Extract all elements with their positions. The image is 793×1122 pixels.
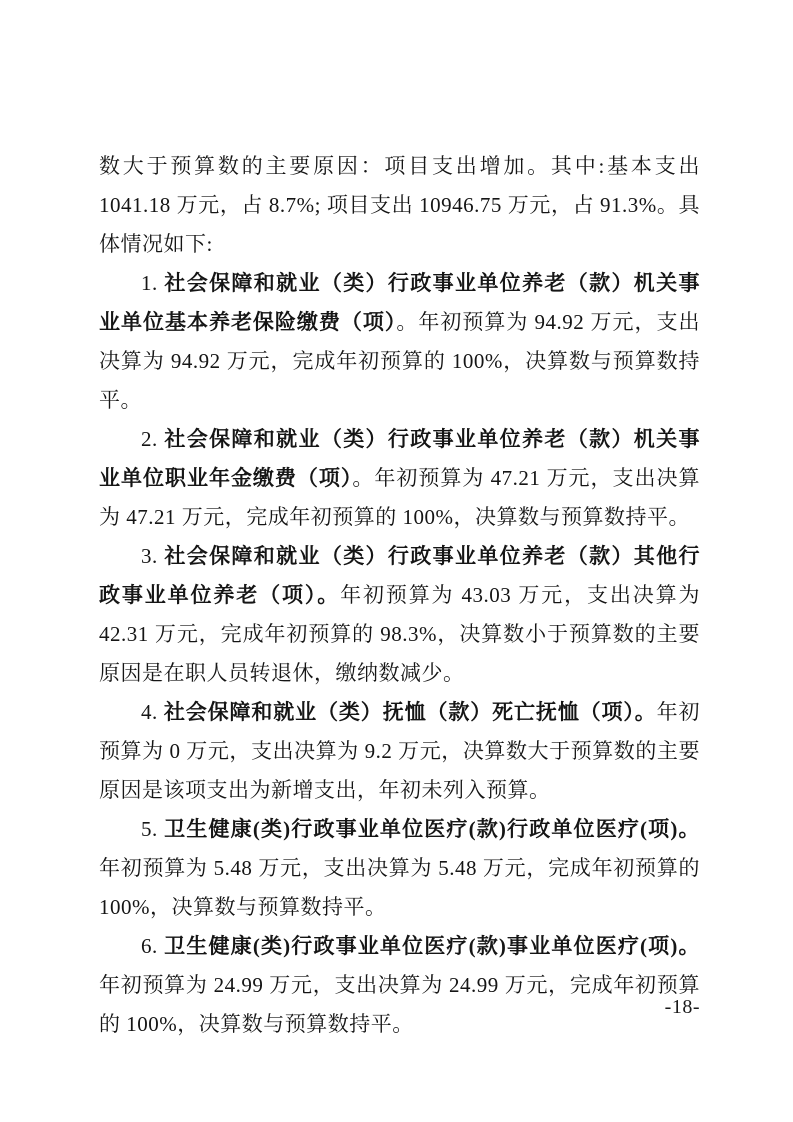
paragraph-item-3: 3. 社会保障和就业（类）行政事业单位养老（款）其他行政事业单位养老（项）。年初… [99,537,700,693]
paragraph-intro-text: 数大于预算数的主要原因：项目支出增加。其中:基本支出 1041.18 万元，占 … [99,154,700,256]
item-number: 3. [141,544,164,568]
paragraph-item-6: 6. 卫生健康(类)行政事业单位医疗(款)事业单位医疗(项)。年初预算为 24.… [99,927,700,1044]
paragraph-item-1: 1. 社会保障和就业（类）行政事业单位养老（款）机关事业单位基本养老保险缴费（项… [99,264,700,420]
item-body: 年初预算为 5.48 万元，支出决算为 5.48 万元，完成年初预算的 100%… [99,856,700,919]
item-title: 社会保障和就业（类）抚恤（款）死亡抚恤（项）。 [164,700,657,724]
item-number: 4. [141,700,164,724]
item-number: 6. [141,934,164,958]
item-number: 2. [141,427,164,451]
document-page: 数大于预算数的主要原因：项目支出增加。其中:基本支出 1041.18 万元，占 … [0,0,793,1122]
page-number: -18- [665,988,700,1027]
item-number: 1. [141,271,164,295]
item-number: 5. [141,817,164,841]
document-body: 数大于预算数的主要原因：项目支出增加。其中:基本支出 1041.18 万元，占 … [99,147,700,1044]
paragraph-item-4: 4. 社会保障和就业（类）抚恤（款）死亡抚恤（项）。年初预算为 0 万元，支出决… [99,693,700,810]
item-title: 卫生健康(类)行政事业单位医疗(款)事业单位医疗(项)。 [164,934,700,958]
paragraph-intro: 数大于预算数的主要原因：项目支出增加。其中:基本支出 1041.18 万元，占 … [99,147,700,264]
paragraph-item-5: 5. 卫生健康(类)行政事业单位医疗(款)行政单位医疗(项)。年初预算为 5.4… [99,810,700,927]
item-body: 年初预算为 24.99 万元，支出决算为 24.99 万元，完成年初预算的 10… [99,973,700,1036]
item-title: 卫生健康(类)行政事业单位医疗(款)行政单位医疗(项)。 [164,817,700,841]
paragraph-item-2: 2. 社会保障和就业（类）行政事业单位养老（款）机关事业单位职业年金缴费（项）。… [99,420,700,537]
